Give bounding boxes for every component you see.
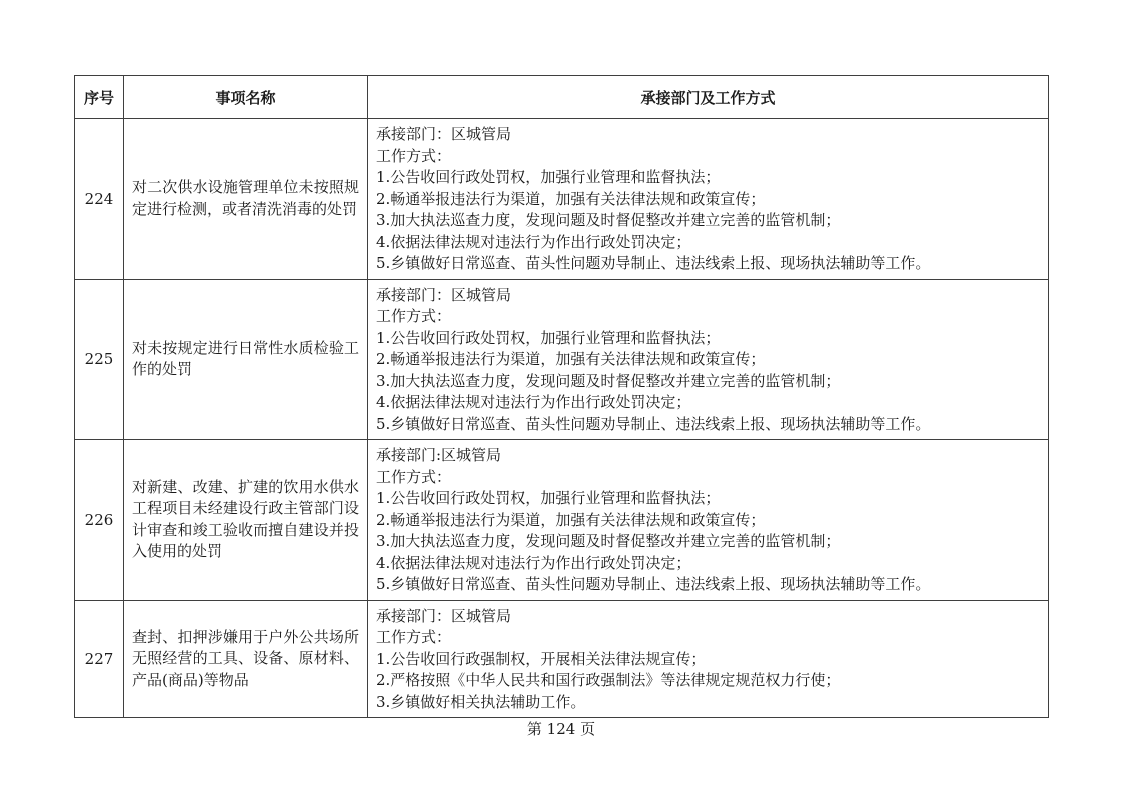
header-item-name: 事项名称 <box>124 76 368 119</box>
table-row: 224 对二次供水设施管理单位未按照规定进行检测，或者清洗消毒的处罚 承接部门：… <box>75 119 1049 280</box>
item-name: 对新建、改建、扩建的饮用水供水工程项目未经建设行政主管部门设计审查和竣工验收而擅… <box>124 440 368 601</box>
table-row: 227 查封、扣押涉嫌用于户外公共场所无照经营的工具、设备、原材料、产品(商品)… <box>75 600 1049 718</box>
serial-number: 226 <box>75 440 124 601</box>
header-row: 序号 事项名称 承接部门及工作方式 <box>75 76 1049 119</box>
department-method-text: 承接部门:区城管局 工作方式： 1.公告收回行政处罚权，加强行业管理和监督执法；… <box>368 440 1049 601</box>
item-name: 对未按规定进行日常性水质检验工作的处罚 <box>124 279 368 440</box>
table-row: 225 对未按规定进行日常性水质检验工作的处罚 承接部门：区城管局 工作方式： … <box>75 279 1049 440</box>
serial-number: 227 <box>75 600 124 718</box>
table-row: 226 对新建、改建、扩建的饮用水供水工程项目未经建设行政主管部门设计审查和竣工… <box>75 440 1049 601</box>
page-number: 第 124 页 <box>0 718 1122 739</box>
header-department-method: 承接部门及工作方式 <box>368 76 1049 119</box>
serial-number: 224 <box>75 119 124 280</box>
department-method-text: 承接部门：区城管局 工作方式： 1.公告收回行政强制权，开展相关法律法规宣传； … <box>368 600 1049 718</box>
items-table: 序号 事项名称 承接部门及工作方式 224 对二次供水设施管理单位未按照规定进行… <box>74 75 1049 718</box>
document-page: 序号 事项名称 承接部门及工作方式 224 对二次供水设施管理单位未按照规定进行… <box>0 0 1122 793</box>
department-method-text: 承接部门：区城管局 工作方式： 1.公告收回行政处罚权，加强行业管理和监督执法；… <box>368 119 1049 280</box>
item-name: 对二次供水设施管理单位未按照规定进行检测，或者清洗消毒的处罚 <box>124 119 368 280</box>
department-method-text: 承接部门：区城管局 工作方式： 1.公告收回行政处罚权，加强行业管理和监督执法；… <box>368 279 1049 440</box>
serial-number: 225 <box>75 279 124 440</box>
header-serial-number: 序号 <box>75 76 124 119</box>
item-name: 查封、扣押涉嫌用于户外公共场所无照经营的工具、设备、原材料、产品(商品)等物品 <box>124 600 368 718</box>
